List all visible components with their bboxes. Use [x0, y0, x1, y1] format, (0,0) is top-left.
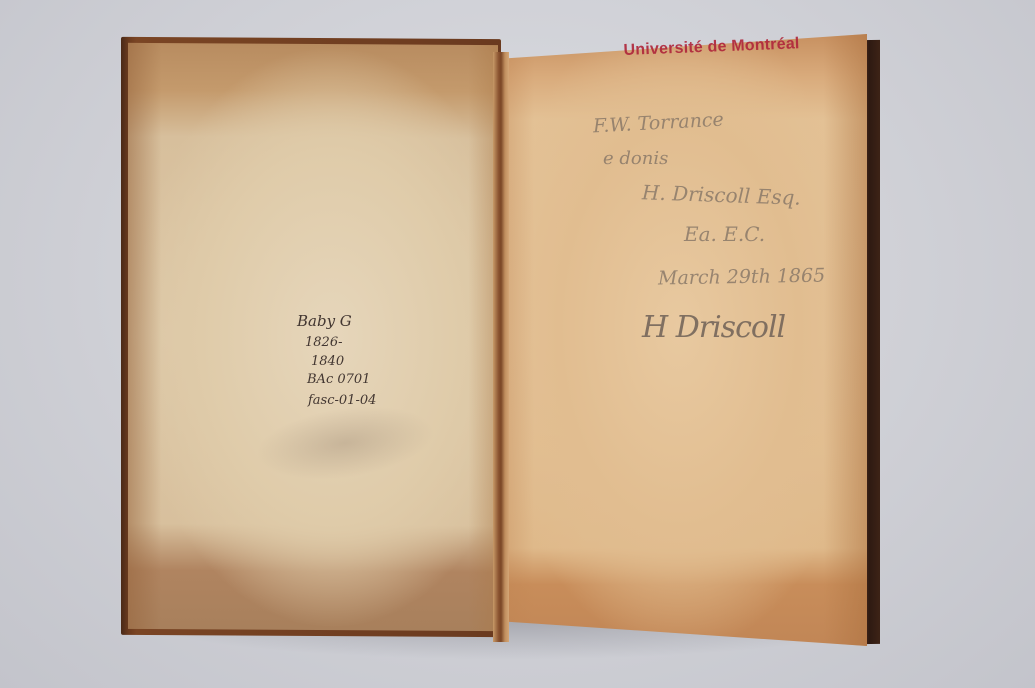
inscription-line-2: e donis — [603, 148, 668, 169]
signature: H Driscoll — [642, 310, 785, 345]
catalog-note-line-1: Baby G — [297, 312, 352, 330]
catalog-note-line-2: 1826- — [305, 335, 342, 350]
inscription-line-5: March 29th 1865 — [658, 265, 826, 290]
inscription-line-4: Ea. E.C. — [684, 222, 765, 246]
catalog-note-line-4: BAc 0701 — [307, 372, 370, 387]
catalog-note-line-3: 1840 — [311, 354, 344, 369]
book-gutter — [493, 52, 509, 642]
photo-scene: Université de Montréal F.W. Torrance e d… — [0, 0, 1035, 688]
catalog-note-line-5: fasc-01-04 — [308, 393, 376, 408]
